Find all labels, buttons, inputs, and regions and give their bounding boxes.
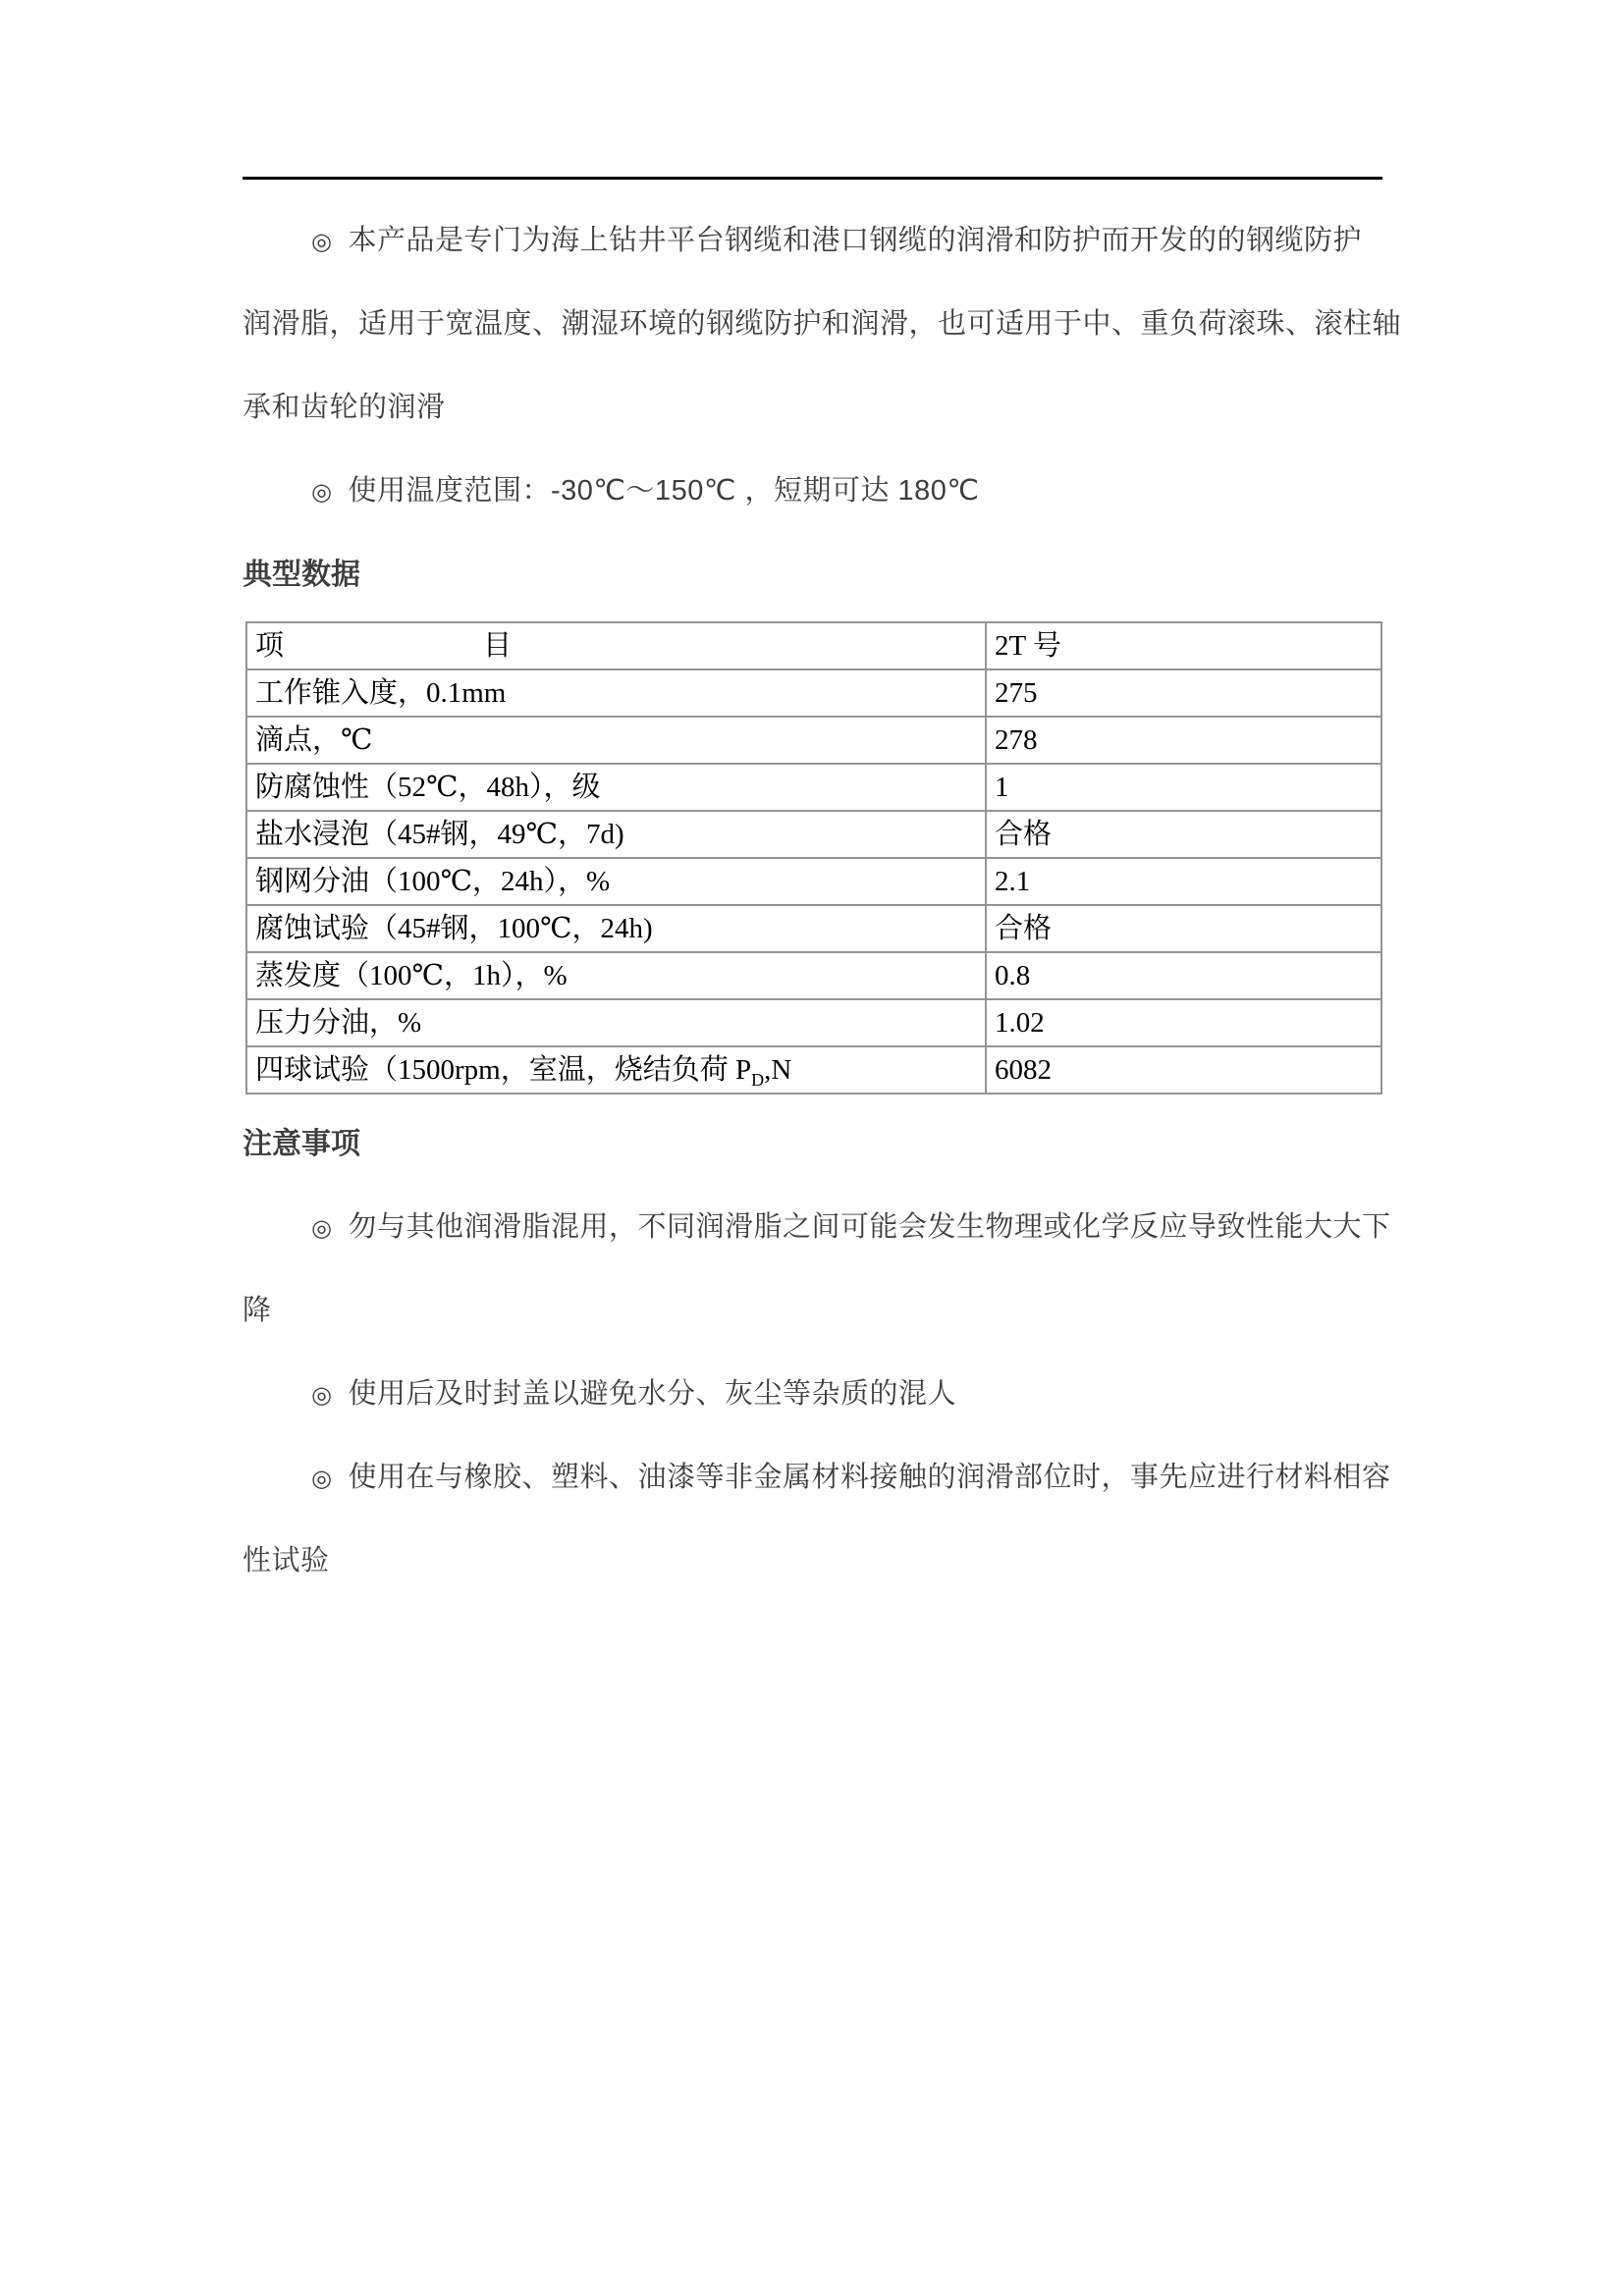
table-row: 压力分油，% 1.02: [246, 999, 1381, 1046]
paragraph-text: 本产品是专门为海上钻井平台钢缆和港口钢缆的润滑和防护而开发的的钢缆防护: [348, 225, 1362, 256]
row-label: 盐水浸泡（45#钢，49℃，7d): [246, 811, 986, 858]
table-header-row: 项 目 2T 号: [246, 622, 1381, 669]
table-row: 钢网分油（100℃，24h），% 2.1: [246, 858, 1381, 905]
paragraph-line: 润滑脂，适用于宽温度、潮湿环境的钢缆防护和润滑，也可适用于中、重负荷滚珠、滚柱轴: [243, 283, 1382, 366]
paragraph-line: 性试验: [243, 1520, 1382, 1603]
row-value: 6082: [986, 1046, 1381, 1094]
paragraph-text: 使用在与橡胶、塑料、油漆等非金属材料接触的润滑部位时，事先应进行材料相容: [348, 1462, 1390, 1493]
row-label-text: ,N: [764, 1054, 791, 1086]
notes-bullet-1: ◎勿与其他润滑脂混用，不同润滑脂之间可能会发生物理或化学反应导致性能大大下 降: [243, 1186, 1382, 1353]
table-row: 滴点，℃ 278: [246, 717, 1381, 764]
row-value: 2.1: [986, 858, 1381, 905]
typical-data-heading: 典型数据: [243, 533, 1382, 616]
row-value: 合格: [986, 905, 1381, 952]
paragraph-line: ◎本产品是专门为海上钻井平台钢缆和港口钢缆的润滑和防护而开发的的钢缆防护: [243, 199, 1382, 283]
table-row: 腐蚀试验（45#钢，100℃，24h) 合格: [246, 905, 1381, 952]
bullet-icon: ◎: [311, 1215, 332, 1242]
row-label: 四球试验（1500rpm，室温，烧结负荷 PD,N: [246, 1046, 986, 1094]
row-value: 1: [986, 764, 1381, 811]
bullet-icon: ◎: [311, 229, 332, 255]
row-label: 压力分油，%: [246, 999, 986, 1046]
paragraph-line: 降: [243, 1269, 1382, 1353]
table-row: 四球试验（1500rpm，室温，烧结负荷 PD,N 6082: [246, 1046, 1381, 1094]
bullet-icon: ◎: [311, 1466, 332, 1492]
notes-section: 注意事项: [243, 1102, 1382, 1186]
document-page: ◎本产品是专门为海上钻井平台钢缆和港口钢缆的润滑和防护而开发的的钢缆防护 润滑脂…: [0, 0, 1624, 2296]
table-row: 盐水浸泡（45#钢，49℃，7d) 合格: [246, 811, 1381, 858]
row-label: 工作锥入度，0.1mm: [246, 669, 986, 717]
document-content: ◎本产品是专门为海上钻井平台钢缆和港口钢缆的润滑和防护而开发的的钢缆防护 润滑脂…: [0, 177, 1624, 1603]
table-header-value: 2T 号: [986, 622, 1381, 669]
row-label-subscript: D: [751, 1070, 764, 1090]
table-header-item: 项 目: [246, 622, 986, 669]
row-value: 1.02: [986, 999, 1381, 1046]
typical-data-table: 项 目 2T 号 工作锥入度，0.1mm 275 滴点，℃ 278 防腐蚀性（5…: [245, 621, 1382, 1095]
table-row: 工作锥入度，0.1mm 275: [246, 669, 1381, 717]
notes-bullet-3: ◎使用在与橡胶、塑料、油漆等非金属材料接触的润滑部位时，事先应进行材料相容 性试…: [243, 1436, 1382, 1603]
intro-bullet-1: ◎本产品是专门为海上钻井平台钢缆和港口钢缆的润滑和防护而开发的的钢缆防护 润滑脂…: [243, 199, 1382, 450]
notes-heading: 注意事项: [243, 1102, 1382, 1186]
row-label: 蒸发度（100℃，1h），%: [246, 952, 986, 999]
row-label: 滴点，℃: [246, 717, 986, 764]
row-value: 275: [986, 669, 1381, 717]
paragraph-line: ◎勿与其他润滑脂混用，不同润滑脂之间可能会发生物理或化学反应导致性能大大下: [243, 1186, 1382, 1269]
bullet-icon: ◎: [311, 479, 332, 506]
paragraph-line: ◎使用后及时封盖以避免水分、灰尘等杂质的混人: [243, 1353, 1382, 1436]
paragraph-line: ◎使用在与橡胶、塑料、油漆等非金属材料接触的润滑部位时，事先应进行材料相容: [243, 1436, 1382, 1520]
paragraph-text: 使用温度范围：-30℃～150℃ ，短期可达 180℃: [348, 475, 979, 507]
table-row: 蒸发度（100℃，1h），% 0.8: [246, 952, 1381, 999]
notes-bullet-2: ◎使用后及时封盖以避免水分、灰尘等杂质的混人: [243, 1353, 1382, 1436]
paragraph-text: 勿与其他润滑脂混用，不同润滑脂之间可能会发生物理或化学反应导致性能大大下: [348, 1211, 1390, 1243]
row-value: 278: [986, 717, 1381, 764]
paragraph-line: 承和齿轮的润滑: [243, 366, 1382, 450]
row-label: 防腐蚀性（52℃，48h），级: [246, 764, 986, 811]
row-label: 腐蚀试验（45#钢，100℃，24h): [246, 905, 986, 952]
intro-bullet-2: ◎使用温度范围：-30℃～150℃ ，短期可达 180℃: [243, 450, 1382, 533]
table-row: 防腐蚀性（52℃，48h），级 1: [246, 764, 1381, 811]
row-value: 0.8: [986, 952, 1381, 999]
row-label: 钢网分油（100℃，24h），%: [246, 858, 986, 905]
paragraph-text: 使用后及时封盖以避免水分、灰尘等杂质的混人: [348, 1378, 956, 1410]
bullet-icon: ◎: [311, 1382, 332, 1409]
top-horizontal-rule: [243, 177, 1382, 180]
paragraph-line: ◎使用温度范围：-30℃～150℃ ，短期可达 180℃: [243, 450, 1382, 533]
row-label-text: 四球试验（1500rpm，室温，烧结负荷 P: [255, 1054, 751, 1086]
row-value: 合格: [986, 811, 1381, 858]
